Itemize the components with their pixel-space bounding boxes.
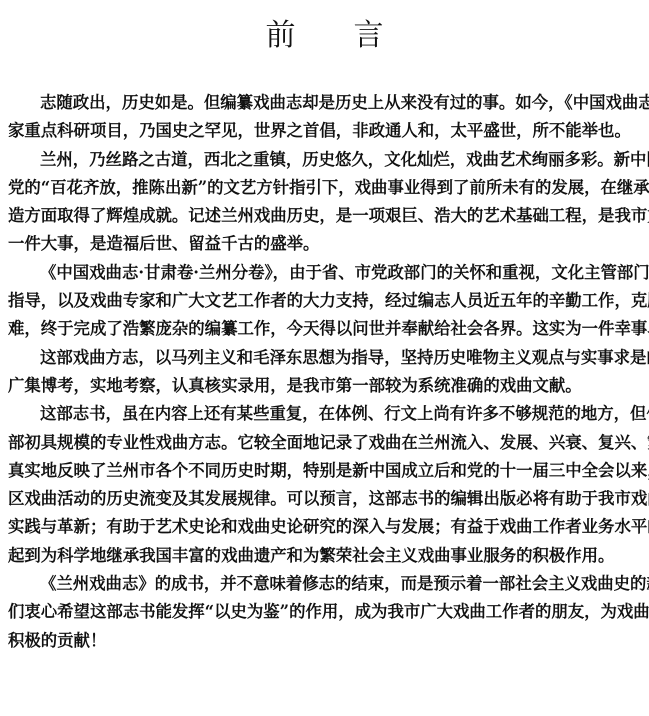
text-line: 兰州，乃丝路之古道，西北之重镇，历史悠久，文化灿烂，戏曲艺术绚丽多彩。新中国成立… [8, 146, 642, 174]
title-char-1: 前 [266, 18, 296, 53]
document-page: 前言 志随政出，历史如是。但编纂戏曲志却是历史上从来没有过的事。如今，《中国戏曲… [0, 0, 649, 716]
paragraph-4: 这部戏曲方志，以马列主义和毛泽东思想为指导，坚持历史唯物主义观点与实事求是的原则… [8, 344, 642, 401]
paragraph-3: 《中国戏曲志·甘肃卷·兰州分卷》，由于省、市党政部门的关怀和重视，文化主管部门的… [8, 259, 642, 344]
paragraph-5: 这部志书，虽在内容上还有某些重复，在体例、行文上尚有许多不够规范的地方，但仍不失… [8, 400, 642, 570]
paragraph-6: 《兰州戏曲志》的成书，并不意味着修志的结束，而是预示着一部社会主义戏曲史的新开端… [8, 570, 642, 655]
text-line: 实践与革新；有助于艺术史论和戏曲史论研究的深入与发展；有益于戏曲工作者业务水平的… [8, 513, 642, 541]
preface-body: 志随政出，历史如是。但编纂戏曲志却是历史上从来没有过的事。如今，《中国戏曲志》列… [8, 89, 642, 655]
text-line: 一件大事，是造福后世、留益千古的盛举。 [8, 230, 642, 258]
text-line: 《兰州戏曲志》的成书，并不意味着修志的结束，而是预示着一部社会主义戏曲史的新开端… [8, 570, 642, 598]
text-line: 起到为科学地继承我国丰富的戏曲遗产和为繁荣社会主义戏曲事业服务的积极作用。 [8, 542, 642, 570]
text-line: 这部志书，虽在内容上还有某些重复，在体例、行文上尚有许多不够规范的地方，但仍不失… [8, 400, 642, 428]
text-line: 志随政出，历史如是。但编纂戏曲志却是历史上从来没有过的事。如今，《中国戏曲志》列… [8, 89, 642, 117]
title-char-2: 言 [354, 18, 384, 53]
text-line: 积极的贡献！ [8, 627, 642, 655]
text-line: 指导，以及戏曲专家和广大文艺工作者的大力支持，经过编志人员近五年的辛勤工作，克服… [8, 287, 642, 315]
text-line: 难，终于完成了浩繁庞杂的编纂工作，今天得以问世并奉献给社会各界。这实为一件幸事、… [8, 315, 642, 343]
page-title: 前言 [0, 16, 649, 56]
text-line: 党的“百花齐放，推陈出新”的文艺方针指引下，戏曲事业得到了前所未有的发展，在继承… [8, 174, 642, 202]
text-line: 造方面取得了辉煌成就。记述兰州戏曲历史，是一项艰巨、浩大的艺术基础工程，是我市文… [8, 202, 642, 230]
text-line: 真实地反映了兰州市各个不同历史时期，特别是新中国成立后和党的十一届三中全会以来，… [8, 457, 642, 485]
paragraph-1: 志随政出，历史如是。但编纂戏曲志却是历史上从来没有过的事。如今，《中国戏曲志》列… [8, 89, 642, 146]
text-line: 部初具规模的专业性戏曲方志。它较全面地记录了戏曲在兰州流入、发展、兴衰、复兴、繁… [8, 429, 642, 457]
text-line: 区戏曲活动的历史流变及其发展规律。可以预言，这部志书的编辑出版必将有助于我市戏曲… [8, 485, 642, 513]
text-line: 这部戏曲方志，以马列主义和毛泽东思想为指导，坚持历史唯物主义观点与实事求是的原则… [8, 344, 642, 372]
text-line: 家重点科研项目，乃国史之罕见，世界之首倡，非政通人和，太平盛世，所不能举也。 [8, 117, 642, 145]
text-line: 们衷心希望这部志书能发挥“以史为鉴”的作用，成为我市广大戏曲工作者的朋友，为戏曲… [8, 598, 642, 626]
text-line: 广集博考，实地考察，认真核实录用，是我市第一部较为系统准确的戏曲文献。 [8, 372, 642, 400]
text-line: 《中国戏曲志·甘肃卷·兰州分卷》，由于省、市党政部门的关怀和重视，文化主管部门的… [8, 259, 642, 287]
paragraph-2: 兰州，乃丝路之古道，西北之重镇，历史悠久，文化灿烂，戏曲艺术绚丽多彩。新中国成立… [8, 146, 642, 259]
